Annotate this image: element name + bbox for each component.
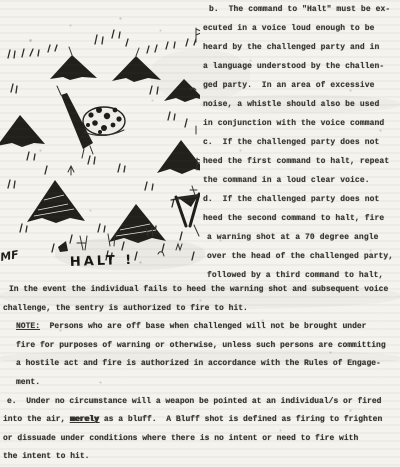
text-line: or dissuade under conditions where there… — [3, 430, 399, 449]
tent-icon — [27, 180, 85, 223]
text-line: in conjunction with the voice command — [203, 114, 400, 133]
halt-label: HALT ! — [70, 253, 135, 270]
text-line: noise, a whistle should also be used — [203, 95, 400, 114]
tent-icon — [50, 55, 97, 80]
sentry-figure — [57, 86, 125, 158]
camp-illustration: HALT ! MF — [0, 0, 200, 278]
text-line: over the head of the challenged party, — [203, 247, 400, 266]
grass-marks — [8, 30, 196, 260]
text-line: a language understood by the challen- — [203, 57, 400, 76]
text-line: the intent to hit. — [3, 448, 399, 467]
emphasized-word: merely — [70, 415, 99, 424]
tent-icon — [157, 140, 200, 174]
note-text: Persons who are off base when challenged… — [40, 322, 366, 331]
text-line: a hostile act and fire is authorized in … — [3, 355, 399, 374]
bird-mark — [58, 241, 68, 252]
text-line: c. If the challenged party does not — [203, 133, 400, 152]
text-line: a warning shot at a 70 degree angle — [203, 228, 400, 247]
text-line: NOTE: Persons who are off base when chal… — [3, 318, 399, 337]
lookout-poles — [171, 194, 200, 226]
tent-icon — [112, 56, 161, 82]
text-line: ecuted in a voice loud enough to be — [203, 19, 400, 38]
text-line: b. The command to "Halt" must be ex- — [203, 0, 400, 19]
text-line: heed the second command to halt, fire — [203, 209, 400, 228]
text-segment: into the air, — [3, 415, 70, 424]
tent-row-top — [50, 47, 200, 102]
tent-icon — [0, 115, 45, 147]
text-line: into the air, merely as a bluff. A Bluff… — [3, 411, 399, 430]
right-text-column: b. The command to "Halt" must be ex- ecu… — [203, 0, 400, 285]
tent-icon — [164, 79, 200, 102]
document-page: HALT ! MF b. The command to "Halt" must … — [0, 0, 400, 467]
text-line: challenge, the sentry is authorized to f… — [3, 300, 399, 319]
text-line: ged party. In an area of excessive — [203, 76, 400, 95]
text-line: fire for purposes of warning or otherwis… — [3, 337, 399, 356]
text-line: heed the first command to halt, repeat — [203, 152, 400, 171]
camp-illustration-svg: HALT ! MF — [0, 0, 200, 278]
artist-signature: MF — [0, 248, 20, 264]
note-label: NOTE: — [16, 322, 40, 331]
text-line: In the event the individual fails to hee… — [3, 281, 399, 300]
text-line: ment. — [3, 374, 399, 393]
text-segment: as a bluff. A Bluff shot is defined as f… — [99, 415, 382, 424]
camouflage-helmet-icon — [83, 107, 125, 136]
text-line: the command in a loud clear voice. — [203, 171, 400, 190]
tent-icon — [109, 204, 166, 243]
text-line: heard by the challenged party and in — [203, 38, 400, 57]
bottom-text-block: In the event the individual fails to hee… — [3, 281, 399, 467]
text-line: d. If the challenged party does not — [203, 190, 400, 209]
text-line: e. Under no circumstance will a weapon b… — [3, 393, 399, 412]
